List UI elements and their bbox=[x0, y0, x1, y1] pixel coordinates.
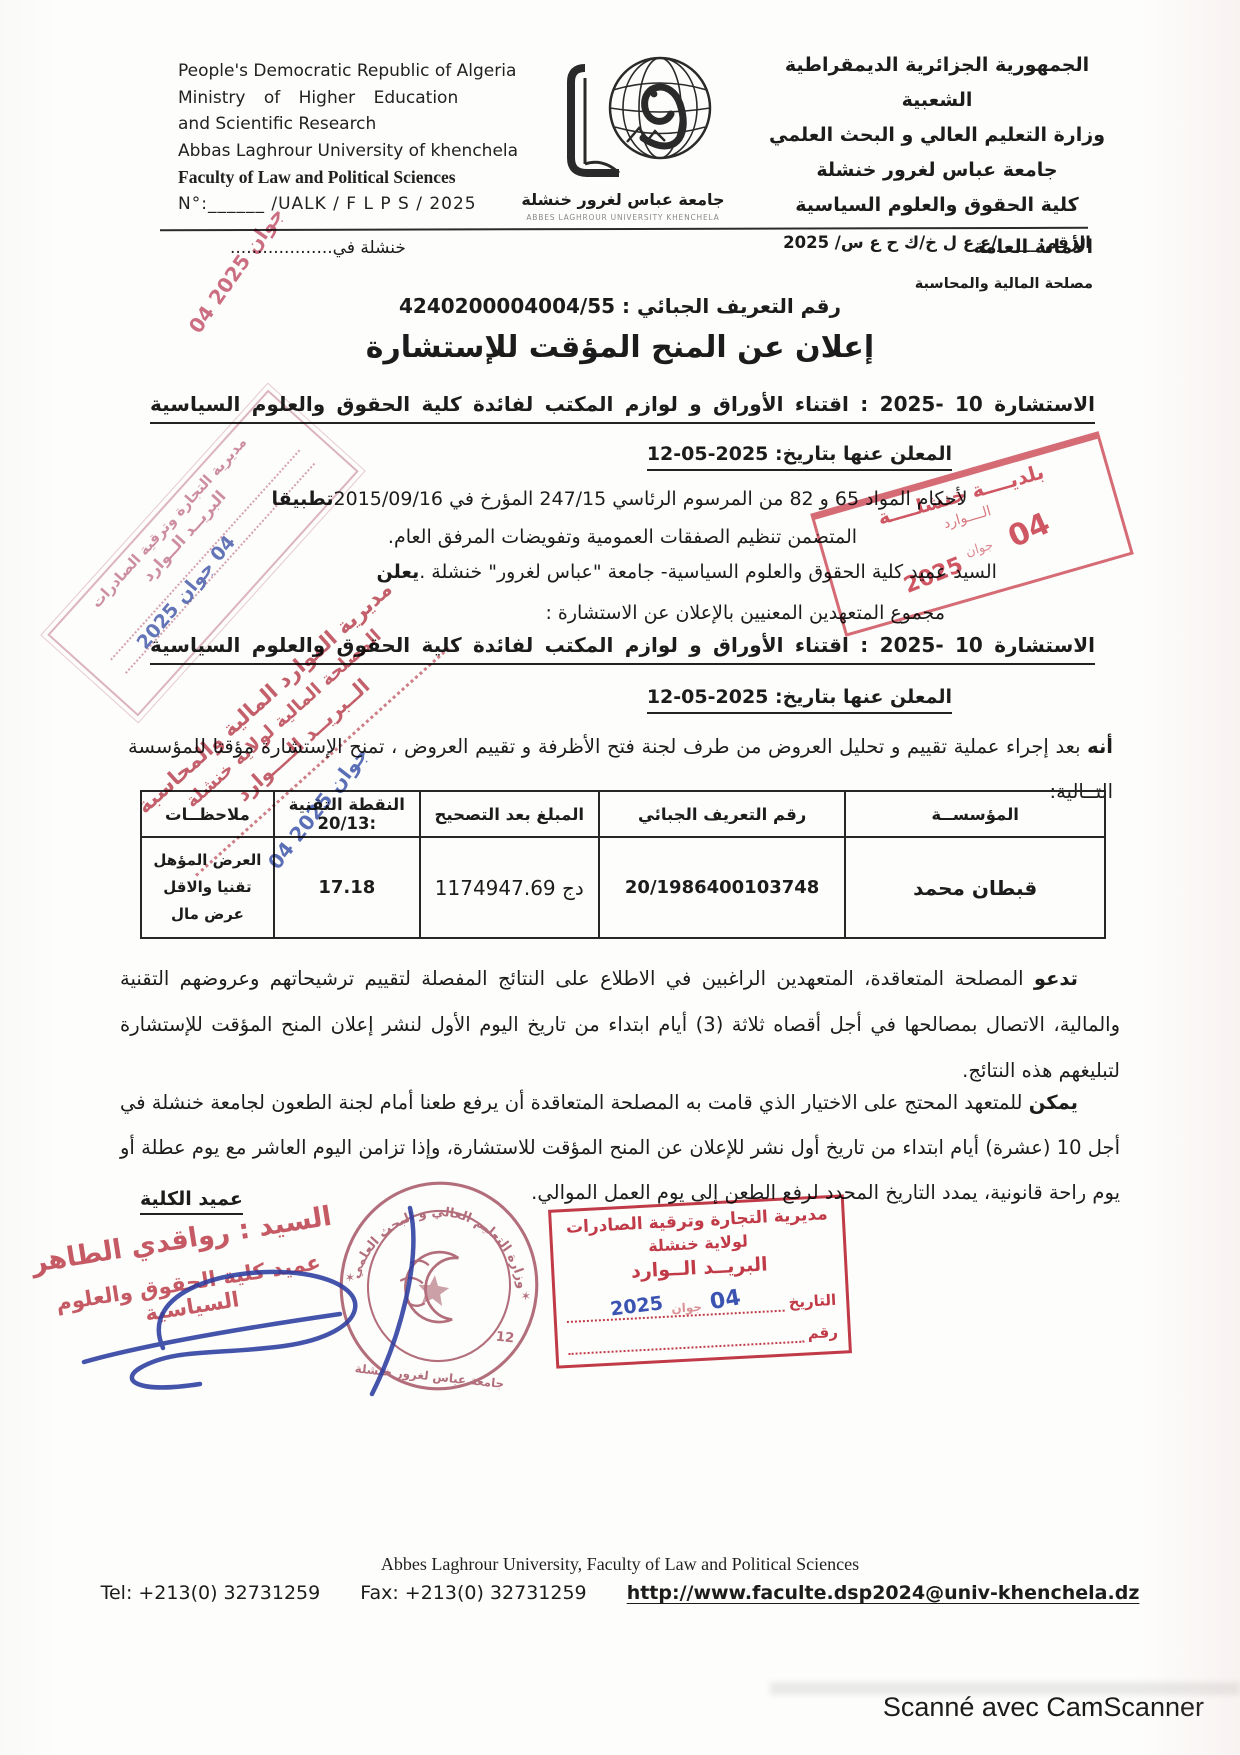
footer-url: http://www.faculte.dsp2024@univ-khenchel… bbox=[627, 1582, 1140, 1604]
star-icon: ✶ bbox=[520, 1289, 532, 1304]
handwritten-month: جوان bbox=[671, 1300, 702, 1316]
footer-institution-line: Abbes Laghrour University, Faculty of La… bbox=[0, 1554, 1240, 1575]
general-secretariat-label: الأمانة العامة bbox=[973, 236, 1093, 258]
university-line-en: Abbas Laghrour University of khenchela bbox=[178, 138, 518, 165]
scanned-document-page: People's Democratic Republic of Algeria … bbox=[0, 0, 1240, 1755]
trade-directorate-stamp: مديرية التجارة وترقية الصادرات لولاية خن… bbox=[548, 1194, 852, 1368]
award-bold-word: أنه bbox=[1087, 735, 1113, 758]
header-english-block: People's Democratic Republic of Algeria … bbox=[178, 58, 518, 217]
number-label: رقم bbox=[807, 1323, 838, 1343]
col-tax-id: رقم التعريف الجبائي bbox=[599, 791, 846, 837]
stamp-line: البريــد الــوارد bbox=[68, 408, 300, 663]
fiscal-id-line: رقم التعريف الجبائي : 4240200004004/55 bbox=[0, 294, 1240, 318]
announced-date-line-1: المعلن عنها بتاريخ: 2025-05-12 bbox=[647, 443, 952, 471]
cell-institution: قبطان محمد bbox=[845, 837, 1105, 938]
stamp-dotted-line: 04 جوان 2025 bbox=[566, 1285, 786, 1323]
handwritten-year: 2025 bbox=[900, 553, 966, 599]
appeal-notice-paragraph: يمكن للمتعهد المحتج على الاختيار الذي قا… bbox=[120, 1080, 1120, 1215]
scanner-credit: Scanné avec CamScanner bbox=[883, 1692, 1204, 1723]
footer-contact-line: Tel: +213(0) 32731259 Fax: +213(0) 32731… bbox=[0, 1582, 1240, 1604]
dean-signature-ink bbox=[78, 1196, 468, 1431]
logo-name-arabic: جامعة عباس لغرور خنشلة bbox=[498, 190, 748, 209]
stamp-number: 12 bbox=[495, 1330, 515, 1347]
university-line-ar: جامعة عباس لغرور خنشلة bbox=[762, 153, 1112, 188]
handwritten-month: جوان bbox=[964, 538, 995, 560]
p2-bold-word: يمكن bbox=[1029, 1091, 1078, 1114]
p1-rest-text: المصلحة المتعاقدة، المتعهدين الراغبين في… bbox=[120, 967, 1120, 1082]
col-corrected-amount: المبلغ بعد التصحيح bbox=[420, 791, 599, 837]
footer-fax: Fax: +213(0) 32731259 bbox=[360, 1582, 586, 1604]
finance-service-label: مصلحة المالية والمحاسبة bbox=[915, 276, 1093, 292]
country-line-ar: الجمهورية الجزائرية الديمقراطية الشعبية bbox=[762, 48, 1112, 118]
handwritten-day: 04 bbox=[708, 1285, 743, 1315]
faculty-line-ar: كلية الحقوق والعلوم السياسية bbox=[762, 188, 1112, 223]
announced-date-line-2: المعلن عنها بتاريخ: 2025-05-12 bbox=[647, 686, 952, 714]
date-label: التاريخ bbox=[788, 1291, 836, 1311]
logo-name-latin: ABBES LAGHROUR UNIVERSITY KHENCHELA bbox=[498, 213, 748, 222]
cell-corrected-amount: دج 1174947.69 bbox=[420, 837, 599, 938]
faculty-line-en: Faculty of Law and Political Sciences bbox=[178, 164, 518, 191]
ministry-line-en: Ministry of Higher Education bbox=[178, 85, 518, 112]
handwritten-year: 2025 bbox=[609, 1292, 664, 1320]
stamp-dotted-line bbox=[568, 1321, 805, 1355]
research-line-en: and Scientific Research bbox=[178, 111, 518, 138]
col-institution: المؤسســة bbox=[845, 791, 1105, 837]
p2-rest-text: للمتعهد المحتج على الاختيار الذي قامت به… bbox=[120, 1091, 1120, 1204]
cell-tax-id: 20/1986400103748 bbox=[599, 837, 846, 938]
footer-institution-text: Abbes Laghrour University, Faculty of La… bbox=[381, 1554, 859, 1574]
university-logo bbox=[515, 46, 730, 196]
country-line-en: People's Democratic Republic of Algeria bbox=[178, 58, 518, 85]
p1-bold-word: تدعو bbox=[1034, 967, 1078, 990]
footer-tel: Tel: +213(0) 32731259 bbox=[101, 1582, 321, 1604]
ministry-line-ar: وزارة التعليم العالي و البحث العلمي bbox=[762, 118, 1112, 153]
results-notice-paragraph: تدعو المصلحة المتعاقدة، المتعهدين الراغب… bbox=[120, 956, 1120, 1094]
reference-number-en: N°:______ /UALK / F L P S / 2025 bbox=[178, 191, 518, 218]
